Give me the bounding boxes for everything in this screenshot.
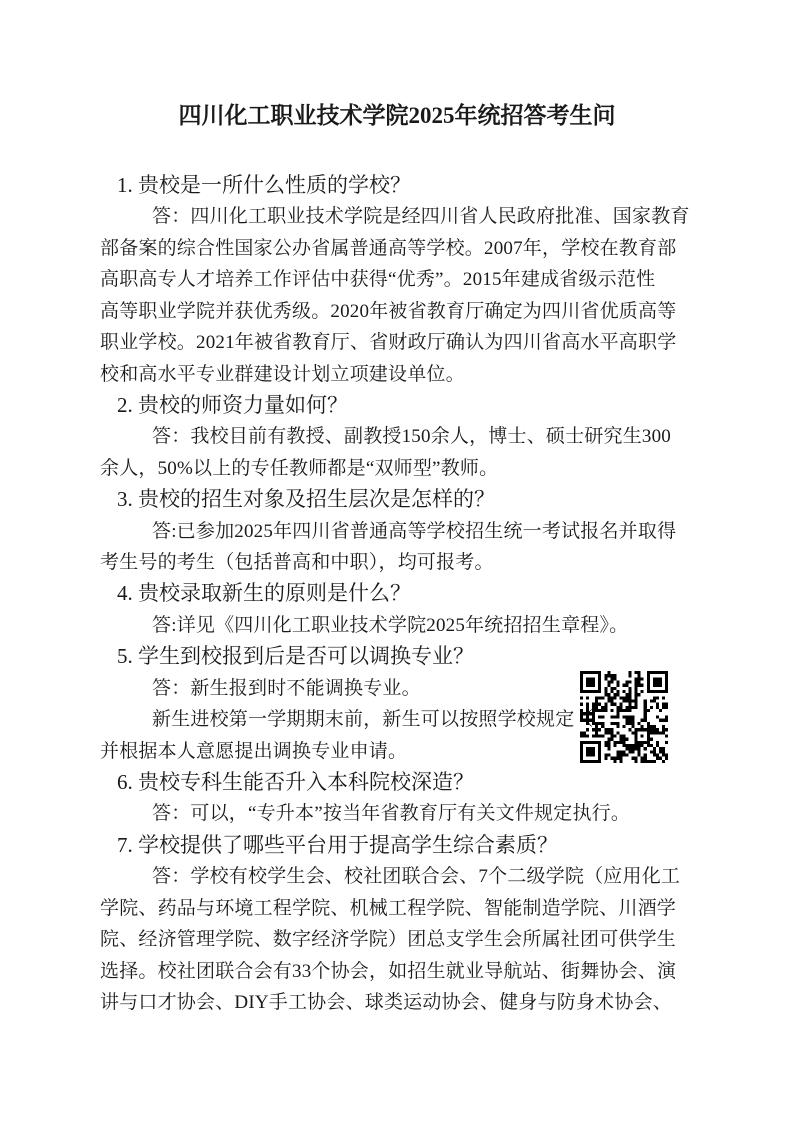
question-7: 7. 学校提供了哪些平台用于提高学生综合素质？ [100, 830, 678, 861]
qa-item-4: 4. 贵校录取新生的原则是什么？ 答:详见《四川化工职业技术学院2025年统招招… [100, 578, 678, 641]
qa-item-6: 6. 贵校专科生能否升入本科院校深造？ 答：可以，“专升本”按当年省教育厅有关文… [100, 767, 678, 830]
question-1: 1. 贵校是一所什么性质的学校？ [100, 170, 678, 201]
answer-line: 考生号的考生（包括普高和中职），均可报考。 [100, 547, 678, 578]
answer-line: 职业学校。2021年被省教育厅、省财政厅确认为四川省高水平高职学 [100, 327, 678, 358]
question-2: 2. 贵校的师资力量如何？ [100, 390, 678, 421]
question-3: 3. 贵校的招生对象及招生层次是怎样的？ [100, 484, 678, 515]
answer-line: 讲与口才协会、DIY手工协会、球类运动协会、健身与防身术协会、 [100, 987, 678, 1018]
qa-item-2: 2. 贵校的师资力量如何？ 答：我校目前有教授、副教授150余人，博士、硕士研究… [100, 390, 678, 484]
answer-line: 高等职业学院并获优秀级。2020年被省教育厅确定为四川省优质高等 [100, 296, 678, 327]
question-4: 4. 贵校录取新生的原则是什么？ [100, 578, 678, 609]
answer-line: 答:已参加2025年四川省普通高等学校招生统一考试报名并取得 [100, 516, 678, 547]
qa-item-3: 3. 贵校的招生对象及招生层次是怎样的？ 答:已参加2025年四川省普通高等学校… [100, 484, 678, 578]
answer-line: 校和高水平专业群建设计划立项建设单位。 [100, 359, 678, 390]
qa-item-1: 1. 贵校是一所什么性质的学校？ 答：四川化工职业技术学院是经四川省人民政府批准… [100, 170, 678, 390]
answer-line: 选择。校社团联合会有33个协会，如招生就业导航站、街舞协会、演 [100, 956, 678, 987]
question-5: 5. 学生到校报到后是否可以调换专业？ [100, 641, 678, 672]
answer-line: 部备案的综合性国家公办省属普通高等学校。2007年，学校在教育部 [100, 233, 678, 264]
answer-line: 答:详见《四川化工职业技术学院2025年统招招生章程》。 [100, 610, 678, 641]
answer-line: 余人，50%以上的专任教师都是“双师型”教师。 [100, 453, 678, 484]
answer-line: 答：可以，“专升本”按当年省教育厅有关文件规定执行。 [100, 798, 678, 829]
qr-code-icon [580, 671, 668, 763]
answer-line: 学院、药品与环境工程学院、机械工程学院、智能制造学院、川酒学 [100, 893, 678, 924]
qa-item-7: 7. 学校提供了哪些平台用于提高学生综合素质？ 答：学校有校学生会、校社团联合会… [100, 830, 678, 1019]
answer-line: 高职高专人才培养工作评估中获得“优秀”。2015年建成省级示范性 [100, 264, 678, 295]
document-body: 1. 贵校是一所什么性质的学校？ 答：四川化工职业技术学院是经四川省人民政府批准… [100, 170, 678, 1018]
page-title: 四川化工职业技术学院2025年统招答考生问 [0, 100, 794, 132]
answer-line: 答：四川化工职业技术学院是经四川省人民政府批准、国家教育 [100, 201, 678, 232]
document-page: 四川化工职业技术学院2025年统招答考生问 1. 贵校是一所什么性质的学校？ 答… [0, 0, 794, 1122]
answer-line: 答：我校目前有教授、副教授150余人，博士、硕士研究生300 [100, 421, 678, 452]
answer-line: 答：学校有校学生会、校社团联合会、7个二级学院（应用化工 [100, 861, 678, 892]
question-6: 6. 贵校专科生能否升入本科院校深造？ [100, 767, 678, 798]
answer-line: 院、经济管理学院、数字经济学院）团总支学生会所属社团可供学生 [100, 924, 678, 955]
